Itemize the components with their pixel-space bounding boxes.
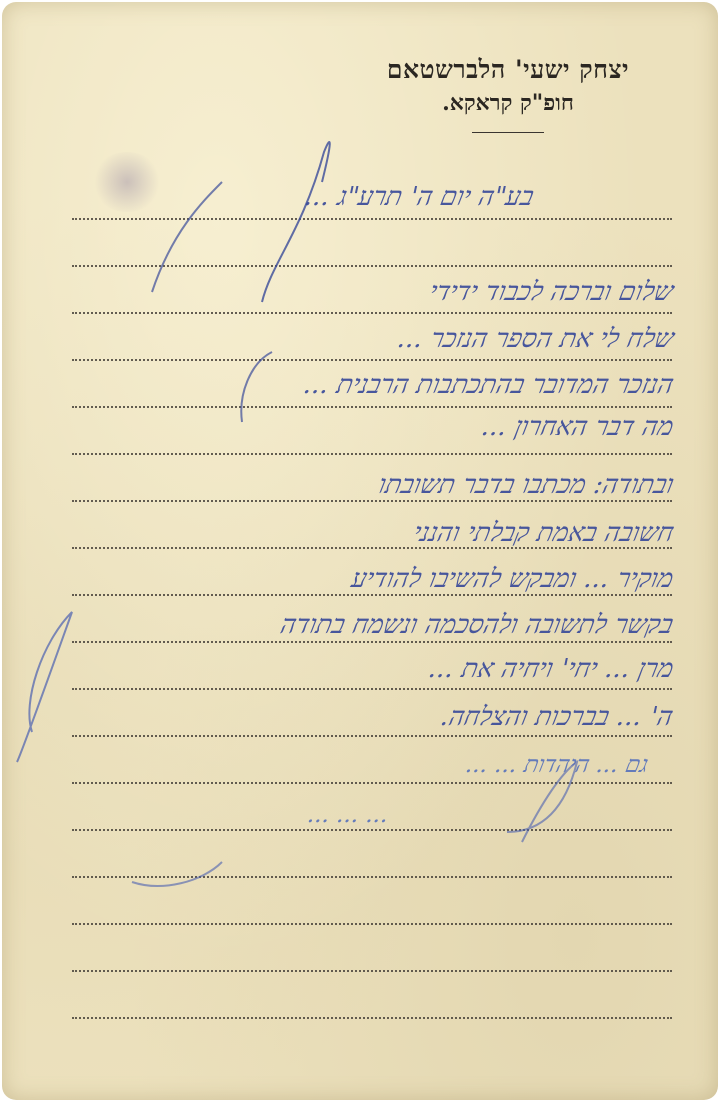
- ruled-line: [72, 923, 672, 925]
- ruled-line: [72, 735, 672, 737]
- handwritten-line-8: מוקיר ... ומבקש להשיבו להודיע: [349, 564, 677, 594]
- ruled-line: [72, 829, 672, 831]
- ruled-line: [72, 312, 672, 314]
- ruled-line: [72, 876, 672, 878]
- ruled-line: [72, 500, 672, 502]
- handwritten-line-7: חשובה באמת קבלתי והנני: [410, 518, 676, 548]
- handwritten-line-5: מה דבר האחרון ...: [479, 412, 677, 442]
- handwritten-line-11: ה' ... בברכות והצלחה.: [438, 702, 676, 732]
- handwritten-line-6: ובתודה: מכתבו בדבר תשובתו: [376, 470, 677, 500]
- handwritten-line-4: הנזכר המדובר בהתכתבות הרבנית ...: [301, 370, 677, 400]
- ruled-line: [72, 359, 672, 361]
- postcard: יצחק ישעי' הלברשטאם חופ"ק קראקא. בע"ה יו…: [2, 2, 718, 1100]
- handwritten-signature-line-1: גם ... היהדות ... ...: [463, 752, 650, 778]
- ruled-line: [72, 265, 672, 267]
- ruled-line: [72, 970, 672, 972]
- ruled-line: [72, 641, 672, 643]
- ruled-lines: [2, 2, 720, 1104]
- handwritten-signature-line-2: ... ... ...: [305, 802, 391, 828]
- ruled-line: [72, 453, 672, 455]
- handwritten-line-2: שלום וברכה לכבוד ידידי: [427, 277, 676, 307]
- ruled-line: [72, 218, 672, 220]
- handwritten-line-1: בע"ה יום ה' תרע"ג ...: [302, 182, 537, 212]
- ruled-line: [72, 782, 672, 784]
- handwritten-line-3: שלח לי את הספר הנזכר ...: [394, 324, 676, 354]
- ruled-line: [72, 1017, 672, 1019]
- ruled-line: [72, 688, 672, 690]
- handwritten-line-10: מרן ... יחי' ויחיה את ...: [426, 654, 677, 684]
- handwritten-line-9: בקשר לתשובה ולהסכמה ונשמח בתודה: [278, 610, 676, 640]
- ruled-line: [72, 594, 672, 596]
- ruled-line: [72, 406, 672, 408]
